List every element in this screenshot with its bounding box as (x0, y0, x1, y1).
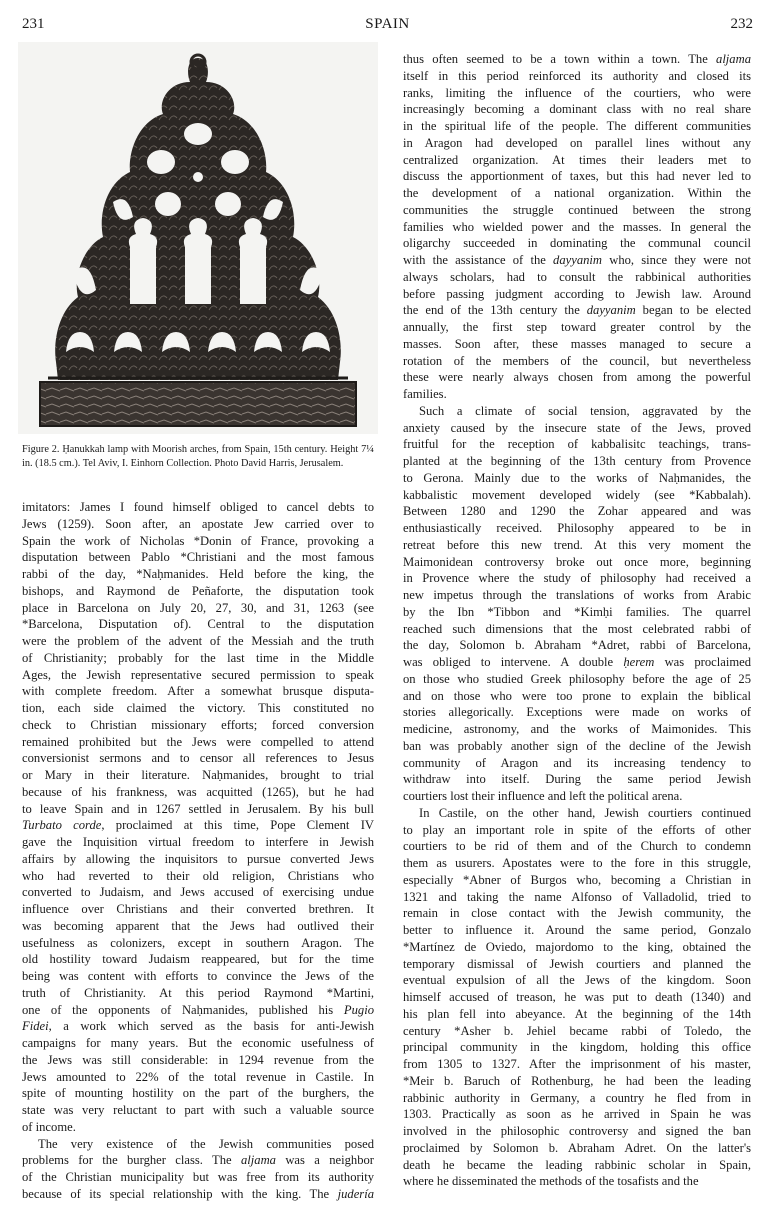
text-line: in the spiritual life of the people. The… (403, 118, 751, 135)
text-line: especially *Abner of Burgos who, becomin… (403, 872, 751, 889)
hanukkah-lamp-photo (18, 42, 378, 434)
text-line: discuss the apportionment of taxes, but … (403, 168, 751, 185)
text-line: oligarchy succeeded in dominating the co… (403, 235, 751, 252)
text-line: Maimonidean controversy broke out once m… (403, 554, 751, 571)
hanukkah-lamp-illustration (18, 42, 378, 434)
text-line-italic-start: Turbato corde, proclaimed at this time, … (22, 817, 374, 834)
text-line: truth of Christianity. At this period Ra… (22, 985, 374, 1002)
text-line: was obliged to intervene. A double ḥerem… (403, 654, 751, 671)
text-line: 1303. Practically as soon as he arrived … (403, 1106, 751, 1123)
text-line: spite of mounting hostility on the part … (22, 1085, 374, 1102)
text-line: temporary dismissal of Jewish courtiers … (403, 956, 751, 973)
text-line: affairs by allowing the inquisitors to p… (22, 851, 374, 868)
right-text-column: thus often seemed to be a town within a … (403, 51, 751, 1190)
text-line: place in Barcelona on July 20, 27, 30, a… (22, 600, 374, 617)
text-line: by the Ibn *Tibbon and *Kimḥi families. … (403, 604, 751, 621)
text-line: were the problem of the advent of the Me… (22, 633, 374, 650)
text-line: imitators: James I found himself obliged… (22, 499, 374, 516)
text-line: enthusiastically received. Philosophy ap… (403, 520, 751, 537)
text-line: annually, the first step toward greater … (403, 319, 751, 336)
text-line: gave the Inquisition virtual freedom to … (22, 834, 374, 851)
text-line: remain in close contact with the Jewish … (403, 905, 751, 922)
text-line: rotation of the members of the council, … (403, 353, 751, 370)
text-line: ranks, limiting the influence of the cou… (403, 85, 751, 102)
text-line: his plan fell into abeyance. At the begi… (403, 1006, 751, 1023)
text-line: death he became the leading rabbinic sch… (403, 1157, 751, 1174)
text-line: reached such dimensions that the most ce… (403, 621, 751, 638)
text-line: of the Christian municipality but was fr… (22, 1169, 374, 1186)
text-line: of income. (22, 1119, 374, 1136)
page-number-right: 232 (731, 16, 754, 33)
text-line: with the assistance of the dayyanim who,… (403, 252, 751, 269)
text-line: or Mary in their literature. Naḥmanides,… (22, 767, 374, 784)
text-line: Ages, the Jewish representative secured … (22, 667, 374, 684)
text-line: in Aragon had developed on parallel line… (403, 135, 751, 152)
text-line: *Martínez de Oviedo, majordomo to the ki… (403, 939, 751, 956)
text-line: usefulness as colonizers, except in sout… (22, 935, 374, 952)
text-line: himself accused of treason, he was put t… (403, 989, 751, 1006)
text-line: tion, each side claimed the victory. Thi… (22, 700, 374, 717)
text-line: on those who studied Greek philosophy be… (403, 671, 751, 688)
text-line: community of Aragon and its increasing t… (403, 755, 751, 772)
text-line: families. (403, 386, 751, 403)
figure-caption: Figure 2. Ḥanukkah lamp with Moorish arc… (22, 443, 374, 470)
text-line: the development of a national organizati… (403, 185, 751, 202)
text-line: rabbi of the day, *Naḥmanides. Held befo… (22, 566, 374, 583)
text-line: conversionist sermons and to censor all … (22, 750, 374, 767)
text-line: Jews (1259). Soon after, an apostate Jew… (22, 516, 374, 533)
text-line: of Christianity; probably for the last t… (22, 650, 374, 667)
text-line: state was very reluctant to part with su… (22, 1102, 374, 1119)
text-line: was becoming apparent that the Jews had … (22, 918, 374, 935)
page-header: 231 SPAIN 232 (0, 16, 775, 38)
text-line: in Provence where the study of philosoph… (403, 570, 751, 587)
text-line: courtiers to be rid of them and of the C… (403, 838, 751, 855)
text-line: increasingly becoming a dominant class w… (403, 101, 751, 118)
text-line: new impetus through the translations of … (403, 587, 751, 604)
text-line: them as usurers. Apostates were to the f… (403, 855, 751, 872)
text-line: Between 1280 and 1290 the Zohar appeared… (403, 503, 751, 520)
paragraph-start-line: The very existence of the Jewish communi… (22, 1136, 374, 1153)
text-line: problems for the burgher class. The alja… (22, 1152, 374, 1169)
paragraph-start-line: In Castile, on the other hand, Jewish co… (403, 805, 751, 822)
text-line: *Barcelona, Disputation of). Central to … (22, 616, 374, 633)
text-line: medicine, astronomy, and the works of Ma… (403, 721, 751, 738)
text-line: being was content with efforts to convin… (22, 968, 374, 985)
text-line: the end of the 13th century the dayyanim… (403, 302, 751, 319)
text-line: campaigns for many years. But the econom… (22, 1035, 374, 1052)
text-line: Spain the work of Nicholas *Donin of Fra… (22, 533, 374, 550)
text-line: where he disseminated the methods of the… (403, 1173, 751, 1190)
text-line: masses. Soon after, these masses managed… (403, 336, 751, 353)
text-line: these were nearly always chosen from amo… (403, 369, 751, 386)
text-line: eventual expulsion of all the Jews of th… (403, 972, 751, 989)
left-text-column: imitators: James I found himself obliged… (22, 499, 374, 1203)
text-line: bishops, and Raymond de Peñaforte, the d… (22, 583, 374, 600)
text-line: itself in this period reinforced its aut… (403, 68, 751, 85)
text-line: fruitful for the reception of kabbalisit… (403, 436, 751, 453)
text-line: *Meir b. Baruch of Rothenburg, he had be… (403, 1073, 751, 1090)
text-line: because of its special relationship with… (22, 1186, 374, 1203)
text-line: from 1305 to 1327. After the imprisonmen… (403, 1056, 751, 1073)
text-line: to leave Spain and in 1267 settled in Je… (22, 801, 374, 818)
text-line: to Gerona. Mainly due to the works of Na… (403, 470, 751, 487)
text-line: thus often seemed to be a town within a … (403, 51, 751, 68)
text-line: one of the opponents of Naḥmanides, publ… (22, 1002, 374, 1019)
text-line: and on those who were too prone to expla… (403, 688, 751, 705)
text-line: because of his frankness, was acquitted … (22, 784, 374, 801)
running-title: SPAIN (0, 16, 775, 33)
text-line: proclaimed by Solomon b. Abraham Adret. … (403, 1140, 751, 1157)
text-line: century *Asher b. Jehiel became rabbi of… (403, 1023, 751, 1040)
text-line: courtiers lost their influence and left … (403, 788, 751, 805)
text-line: communities the struggle continued betwe… (403, 202, 751, 219)
text-line: rabbinic authority in Germany, a country… (403, 1090, 751, 1107)
text-line: converted to Judaism, and Jews accused o… (22, 884, 374, 901)
text-line: remained prohibited but the Jews were co… (22, 734, 374, 751)
text-line: kabbalistic movement developed widely (s… (403, 487, 751, 504)
text-line: to play an important role in spite of th… (403, 822, 751, 839)
text-line: Fidei, a work which served as the basis … (22, 1018, 374, 1035)
text-line: ban was probably another sign of the dec… (403, 738, 751, 755)
text-line: influence over Christians and their conv… (22, 901, 374, 918)
text-line: the Jews was still considerable: in 1294… (22, 1052, 374, 1069)
text-line: families who wielded power and the masse… (403, 219, 751, 236)
text-line: always scholars, had to consult the rabb… (403, 269, 751, 286)
text-line: better to influence it. Around the same … (403, 922, 751, 939)
paragraph-start-line: Such a climate of social tension, aggrav… (403, 403, 751, 420)
text-line: check to Christian missionary efforts; f… (22, 717, 374, 734)
text-line: retreat before this new trend. At this v… (403, 537, 751, 554)
text-line: disputation between Pablo *Christiani an… (22, 549, 374, 566)
text-line: withdraw into itself. During the same pe… (403, 771, 751, 788)
text-line: the day, Solomon b. Abraham *Adret, rabb… (403, 637, 751, 654)
text-line: who had reverted to their old religion, … (22, 868, 374, 885)
text-line: with complete freedom. After a somewhat … (22, 683, 374, 700)
text-line: planted at the beginning of the 13th cen… (403, 453, 751, 470)
text-line: anxiety caused by the insecure state of … (403, 420, 751, 437)
text-line: involved in the philosophic controversy … (403, 1123, 751, 1140)
text-line: old hostility toward Judaism reappeared,… (22, 951, 374, 968)
text-line: centralized organization. At times their… (403, 152, 751, 169)
text-line: Jews amounted to 22% of the total revenu… (22, 1069, 374, 1086)
text-line: 1321 and taking the name Alfonso of Vall… (403, 889, 751, 906)
text-line: principal community in the kingdom, hold… (403, 1039, 751, 1056)
text-line: stories allegorically. Exceptions were m… (403, 704, 751, 721)
text-line: before passing judgment according to Jew… (403, 286, 751, 303)
